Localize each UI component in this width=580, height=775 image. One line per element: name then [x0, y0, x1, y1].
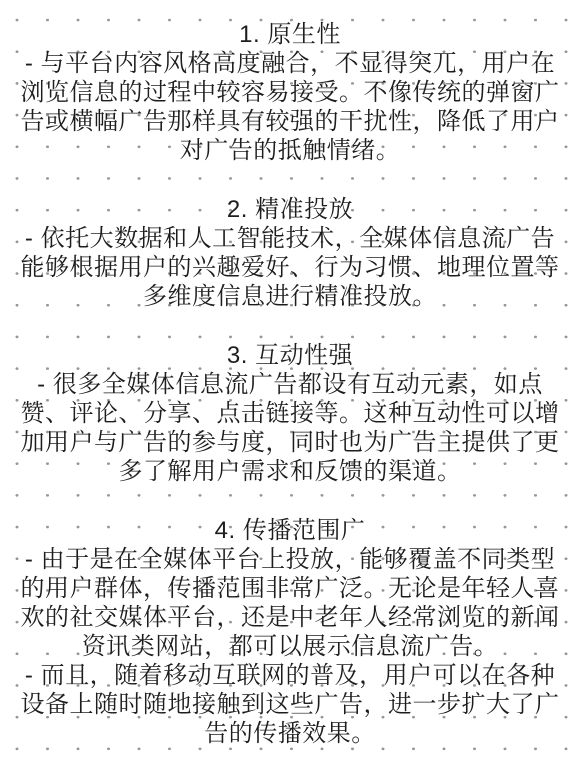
- section-paragraph: - 依托大数据和人工智能技术，全媒体信息流广告能够根据用户的兴趣爱好、行为习惯、…: [16, 224, 564, 311]
- section-strong-interactivity: 3. 互动性强 - 很多全媒体信息流广告都设有互动元素，如点赞、评论、分享、点击…: [16, 341, 564, 486]
- section-precise-targeting: 2. 精准投放 - 依托大数据和人工智能技术，全媒体信息流广告能够根据用户的兴趣…: [16, 195, 564, 311]
- section-wide-reach: 4. 传播范围广 - 由于是在全媒体平台上投放，能够覆盖不同类型的用户群体，传播…: [16, 516, 564, 748]
- section-paragraph: - 而且，随着移动互联网的普及，用户可以在各种设备上随时随地接触到这些广告，进一…: [16, 661, 564, 748]
- section-paragraph: - 很多全媒体信息流广告都设有互动元素，如点赞、评论、分享、点击链接等。这种互动…: [16, 370, 564, 486]
- section-native-quality: 1. 原生性 - 与平台内容风格高度融合，不显得突兀，用户在浏览信息的过程中较容…: [16, 20, 564, 165]
- section-heading: 2. 精准投放: [16, 195, 564, 224]
- section-heading: 1. 原生性: [16, 20, 564, 49]
- text-card-page: 1. 原生性 - 与平台内容风格高度融合，不显得突兀，用户在浏览信息的过程中较容…: [0, 0, 580, 775]
- section-heading: 3. 互动性强: [16, 341, 564, 370]
- section-paragraph: - 由于是在全媒体平台上投放，能够覆盖不同类型的用户群体，传播范围非常广泛。无论…: [16, 545, 564, 661]
- article-content: 1. 原生性 - 与平台内容风格高度融合，不显得突兀，用户在浏览信息的过程中较容…: [0, 20, 580, 748]
- section-paragraph: - 与平台内容风格高度融合，不显得突兀，用户在浏览信息的过程中较容易接受。不像传…: [16, 49, 564, 165]
- section-heading: 4. 传播范围广: [16, 516, 564, 545]
